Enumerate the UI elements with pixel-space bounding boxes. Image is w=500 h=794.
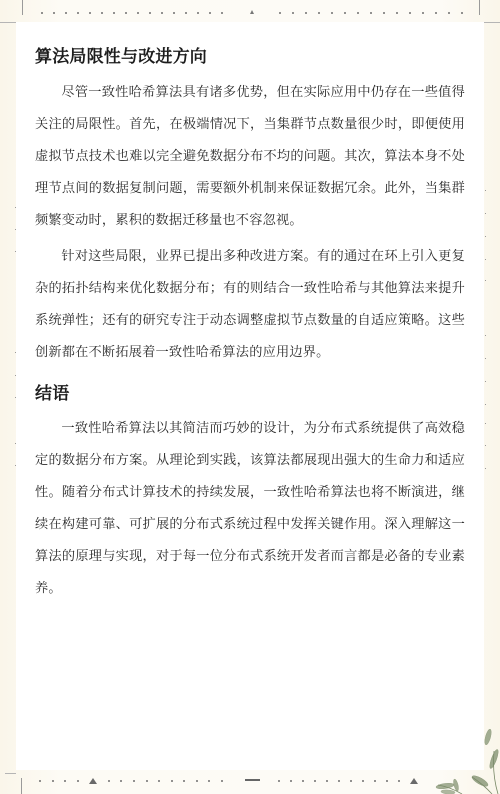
border-dot xyxy=(221,780,223,782)
border-dot xyxy=(409,12,411,14)
border-dot xyxy=(171,780,173,782)
right-side-dots xyxy=(485,0,487,794)
border-dot xyxy=(146,780,148,782)
border-dot xyxy=(386,780,388,782)
top-left-corner-line xyxy=(0,22,16,23)
triangle-ornament xyxy=(410,778,418,784)
border-dot xyxy=(278,780,280,782)
left-side-dots xyxy=(15,0,17,794)
border-dot xyxy=(326,780,328,782)
border-dot xyxy=(120,780,122,782)
border-dot xyxy=(113,12,115,14)
border-dot xyxy=(448,12,450,14)
border-dot xyxy=(357,12,359,14)
border-dot xyxy=(185,12,187,14)
border-dot xyxy=(396,12,398,14)
border-dot xyxy=(350,780,352,782)
top-right-frame-line xyxy=(479,0,480,15)
border-dot xyxy=(314,780,316,782)
border-dot xyxy=(101,12,103,14)
top-dotted-border-right xyxy=(279,10,463,16)
bottom-left-frame-line xyxy=(21,778,22,794)
triangle-ornament xyxy=(89,778,97,784)
border-dot xyxy=(290,780,292,782)
border-dot xyxy=(435,12,437,14)
border-dot xyxy=(338,780,340,782)
border-dot xyxy=(383,12,385,14)
border-dot xyxy=(149,12,151,14)
border-dot xyxy=(374,780,376,782)
border-dot xyxy=(53,12,55,14)
border-dot xyxy=(197,12,199,14)
border-dot xyxy=(279,12,281,14)
section-heading: 算法局限性与改进方向 xyxy=(35,46,465,68)
border-dot xyxy=(108,780,110,782)
bottom-dotted-border-right xyxy=(278,778,418,784)
border-dot xyxy=(362,780,364,782)
border-dot xyxy=(305,12,307,14)
document-body: 算法局限性与改进方向 尽管一致性哈希算法具有诸多优势，但在实际应用中仍存在一些值… xyxy=(35,46,465,605)
border-dot xyxy=(41,12,43,14)
border-dot xyxy=(221,12,223,14)
border-dot xyxy=(183,780,185,782)
border-dot xyxy=(158,780,160,782)
border-dot xyxy=(422,12,424,14)
border-dot xyxy=(196,780,198,782)
border-dot xyxy=(370,12,372,14)
border-dot xyxy=(292,12,294,14)
border-dot xyxy=(398,780,400,782)
border-dot xyxy=(65,12,67,14)
border-dot xyxy=(161,12,163,14)
bottom-left-corner-line xyxy=(5,773,16,774)
border-dot xyxy=(208,780,210,782)
section-conclusion: 结语 一致性哈希算法以其简洁而巧妙的设计，为分布式系统提供了高效稳定的数据分布方… xyxy=(35,383,465,605)
section-heading: 结语 xyxy=(35,383,465,405)
section-limitations: 算法局限性与改进方向 尽管一致性哈希算法具有诸多优势，但在实际应用中仍存在一些值… xyxy=(35,46,465,369)
border-dot xyxy=(39,780,41,782)
paragraph: 针对这些局限，业界已提出多种改进方案。有的通过在环上引入更复杂的拓扑结构来优化数… xyxy=(35,241,465,369)
top-left-frame-line xyxy=(22,0,23,15)
border-dot xyxy=(331,12,333,14)
bottom-dotted-border-left xyxy=(39,778,223,784)
border-dot xyxy=(461,12,463,14)
border-dot xyxy=(64,780,66,782)
border-dot xyxy=(77,12,79,14)
border-dot xyxy=(344,12,346,14)
border-dot xyxy=(173,12,175,14)
leaf-branch-icon xyxy=(420,719,500,794)
bottom-center-dash xyxy=(245,779,260,781)
paragraph: 一致性哈希算法以其简洁而巧妙的设计，为分布式系统提供了高效稳定的数据分布方案。从… xyxy=(35,413,465,605)
border-dot xyxy=(89,12,91,14)
border-dot xyxy=(52,780,54,782)
border-dot xyxy=(209,12,211,14)
border-dot xyxy=(125,12,127,14)
border-dot xyxy=(318,12,320,14)
border-dot xyxy=(133,780,135,782)
border-dot xyxy=(137,12,139,14)
border-dot xyxy=(302,780,304,782)
border-dot xyxy=(77,780,79,782)
paragraph: 尽管一致性哈希算法具有诸多优势，但在实际应用中仍存在一些值得关注的局限性。首先，… xyxy=(35,77,465,237)
top-dotted-border-left xyxy=(41,10,223,16)
top-triangle-ornament xyxy=(250,10,254,14)
